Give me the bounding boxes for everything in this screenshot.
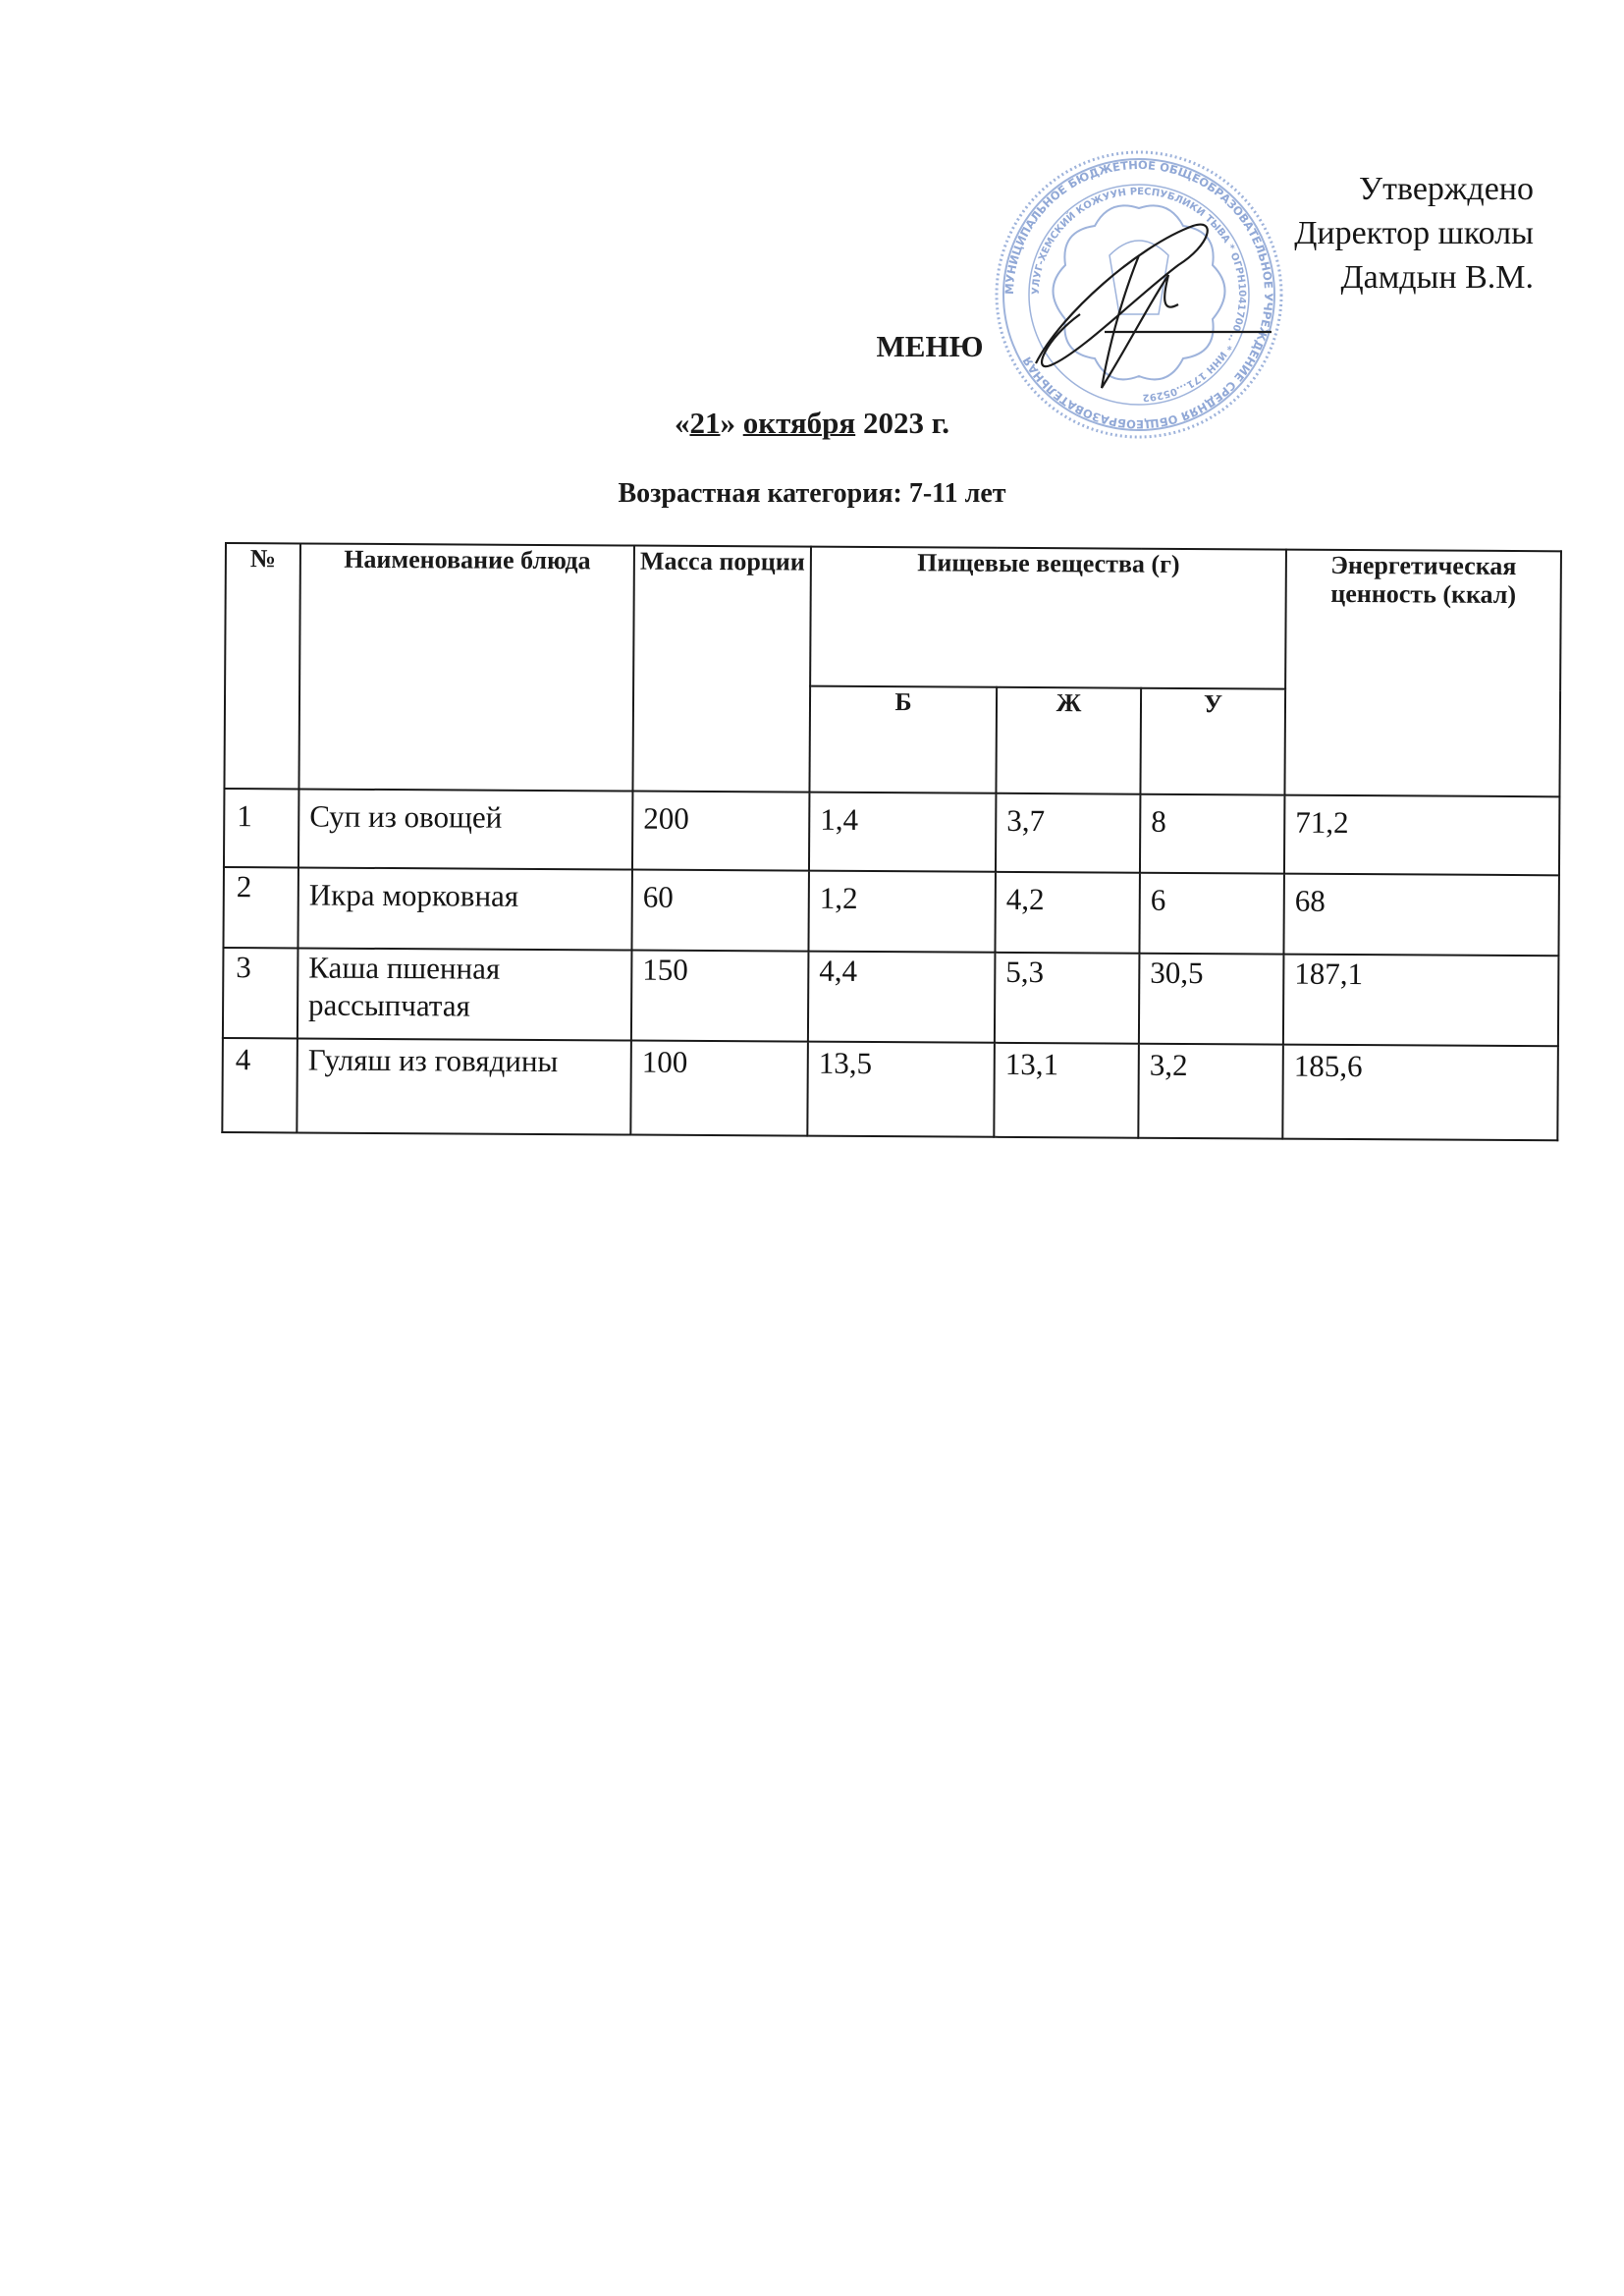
date-year: 2023 г. xyxy=(863,406,949,440)
table-row: 3 Каша пшенная рассыпчатая 150 4,4 5,3 3… xyxy=(223,948,1559,1046)
header-protein: Б xyxy=(809,686,997,793)
cell-protein: 4,4 xyxy=(808,952,996,1043)
cell-carbs: 30,5 xyxy=(1139,954,1284,1045)
table-row: 1 Суп из овощей 200 1,4 3,7 8 71,2 xyxy=(224,789,1559,875)
table-row: 2 Икра морковная 60 1,2 4,2 6 68 xyxy=(223,867,1558,956)
svg-text:УЛУГ-ХЕМСКИЙ КОЖУУН РЕСПУБЛИКИ: УЛУГ-ХЕМСКИЙ КОЖУУН РЕСПУБЛИКИ ТЫВА * ОГ… xyxy=(1031,187,1247,403)
header-name: Наименование блюда xyxy=(298,543,634,791)
age-category: Возрастная категория: 7-11 лет xyxy=(0,478,1624,510)
header-energy: Энергетическая ценность (ккал) xyxy=(1284,550,1561,797)
document-date: «21» октября 2023 г. xyxy=(0,406,1624,441)
cell-carbs: 6 xyxy=(1139,873,1283,955)
date-day: 21 xyxy=(689,406,720,440)
school-stamp: МУНИЦИПАЛЬНОЕ БЮДЖЕТНОЕ ОБЩЕОБРАЗОВАТЕЛЬ… xyxy=(992,147,1286,442)
approval-position: Директор школы xyxy=(1294,211,1534,255)
approval-heading: Утверждено xyxy=(1294,167,1534,211)
header-carbs: У xyxy=(1140,688,1285,795)
header-mass: Масса порции xyxy=(632,546,811,793)
header-num: № xyxy=(224,543,300,789)
cell-num: 4 xyxy=(222,1038,298,1132)
cell-protein: 1,4 xyxy=(809,793,996,872)
table-row: 4 Гуляш из говядины 100 13,5 13,1 3,2 18… xyxy=(222,1038,1558,1140)
menu-table: № Наименование блюда Масса порции Пищевы… xyxy=(221,542,1562,1141)
cell-mass: 60 xyxy=(631,870,808,952)
cell-protein: 13,5 xyxy=(807,1042,995,1137)
cell-name: Каша пшенная рассыпчатая xyxy=(298,948,632,1040)
cell-mass: 200 xyxy=(632,792,809,871)
cell-fat: 3,7 xyxy=(996,793,1140,873)
cell-num: 2 xyxy=(223,867,298,948)
cell-num: 1 xyxy=(224,789,298,867)
approval-signatory: Дамдын В.М. xyxy=(1294,255,1534,300)
cell-energy: 187,1 xyxy=(1283,955,1559,1047)
cell-energy: 68 xyxy=(1283,874,1558,957)
cell-mass: 150 xyxy=(631,951,809,1042)
header-nutrients: Пищевые вещества (г) xyxy=(810,547,1286,689)
cell-mass: 100 xyxy=(630,1041,808,1136)
cell-energy: 71,2 xyxy=(1284,795,1559,876)
document-title: МЕНЮ xyxy=(0,329,1624,364)
date-month: октября xyxy=(743,406,855,440)
cell-name: Гуляш из говядины xyxy=(297,1038,631,1134)
cell-fat: 13,1 xyxy=(994,1043,1139,1138)
cell-fat: 5,3 xyxy=(995,953,1140,1044)
cell-energy: 185,6 xyxy=(1282,1045,1558,1141)
cell-fat: 4,2 xyxy=(995,872,1139,954)
svg-text:МУНИЦИПАЛЬНОЕ БЮДЖЕТНОЕ ОБЩЕОБ: МУНИЦИПАЛЬНОЕ БЮДЖЕТНОЕ ОБЩЕОБРАЗОВАТЕЛЬ… xyxy=(1002,158,1275,431)
cell-name: Суп из овощей xyxy=(298,789,632,869)
header-fat: Ж xyxy=(996,687,1141,794)
cell-carbs: 3,2 xyxy=(1138,1044,1283,1139)
cell-num: 3 xyxy=(223,948,298,1038)
cell-protein: 1,2 xyxy=(808,871,995,953)
cell-name: Икра морковная xyxy=(298,867,631,950)
cell-carbs: 8 xyxy=(1140,794,1284,874)
approval-block: Утверждено Директор школы Дамдын В.М. xyxy=(1294,167,1534,300)
